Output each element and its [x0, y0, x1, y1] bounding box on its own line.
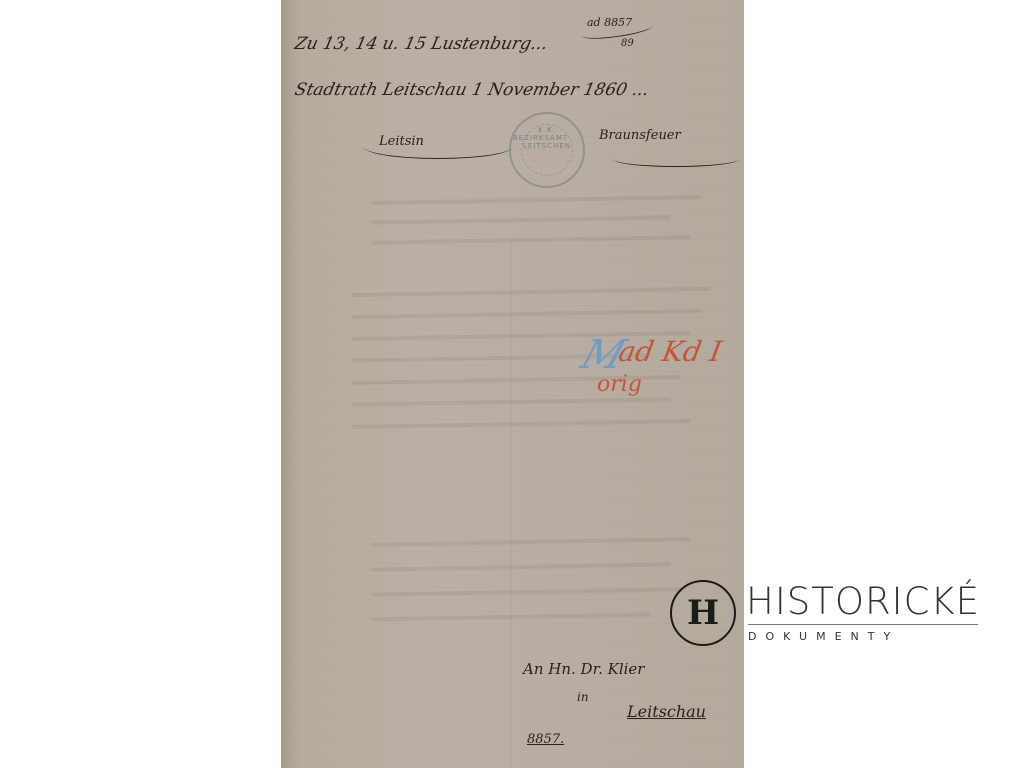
bleed-through-line: [371, 195, 701, 205]
address-line-1: An Hn. Dr. Klier: [523, 660, 644, 678]
signature-left-flourish: [363, 134, 513, 159]
logo-monogram-icon: H: [670, 580, 736, 646]
logo-subtitle: DOKUMENTY: [748, 630, 899, 643]
bleed-through-line: [351, 309, 701, 319]
handwritten-line-2: Stadtrath Leitschau 1 November 1860 ...: [293, 80, 651, 100]
signature-right: Braunsfeuer: [599, 128, 681, 143]
historical-document-scan: ad 8857 89 Zu 13, 14 u. 15 Lustenburg...…: [281, 0, 744, 768]
official-seal-stamp: K.K. BEZIRKSAMT ... LEITSCHEN: [509, 112, 585, 188]
page-fold-line: [510, 240, 511, 768]
signature-right-flourish: [611, 150, 741, 167]
annotation-red-pencil: ad Kd I: [616, 335, 724, 368]
address-line-2: in: [577, 690, 589, 704]
reference-number-bottom: 8857.: [527, 732, 564, 747]
bleed-through-line: [371, 235, 691, 245]
bleed-through-line: [351, 419, 691, 429]
annotation-orig: orig: [597, 372, 642, 397]
bleed-through-line: [371, 215, 671, 224]
bleed-through-line: [351, 397, 671, 407]
bleed-through-line: [371, 613, 651, 622]
bleed-through-line: [371, 562, 671, 571]
logo-title: HISTORICKÉ: [746, 582, 980, 622]
address-line-3: Leitschau: [627, 702, 706, 721]
bleed-through-line: [371, 587, 681, 596]
bleed-through-line: [351, 287, 711, 297]
reference-number-sub: 89: [621, 38, 634, 49]
bleed-through-line: [371, 537, 691, 547]
logo-monogram-letter: H: [687, 593, 719, 633]
logo-divider: [748, 624, 978, 625]
historicke-dokumenty-logo: H HISTORICKÉ DOKUMENTY: [668, 578, 978, 650]
handwritten-line-1: Zu 13, 14 u. 15 Lustenburg...: [293, 34, 550, 54]
stamp-text: K.K. BEZIRKSAMT ... LEITSCHEN: [511, 126, 583, 150]
